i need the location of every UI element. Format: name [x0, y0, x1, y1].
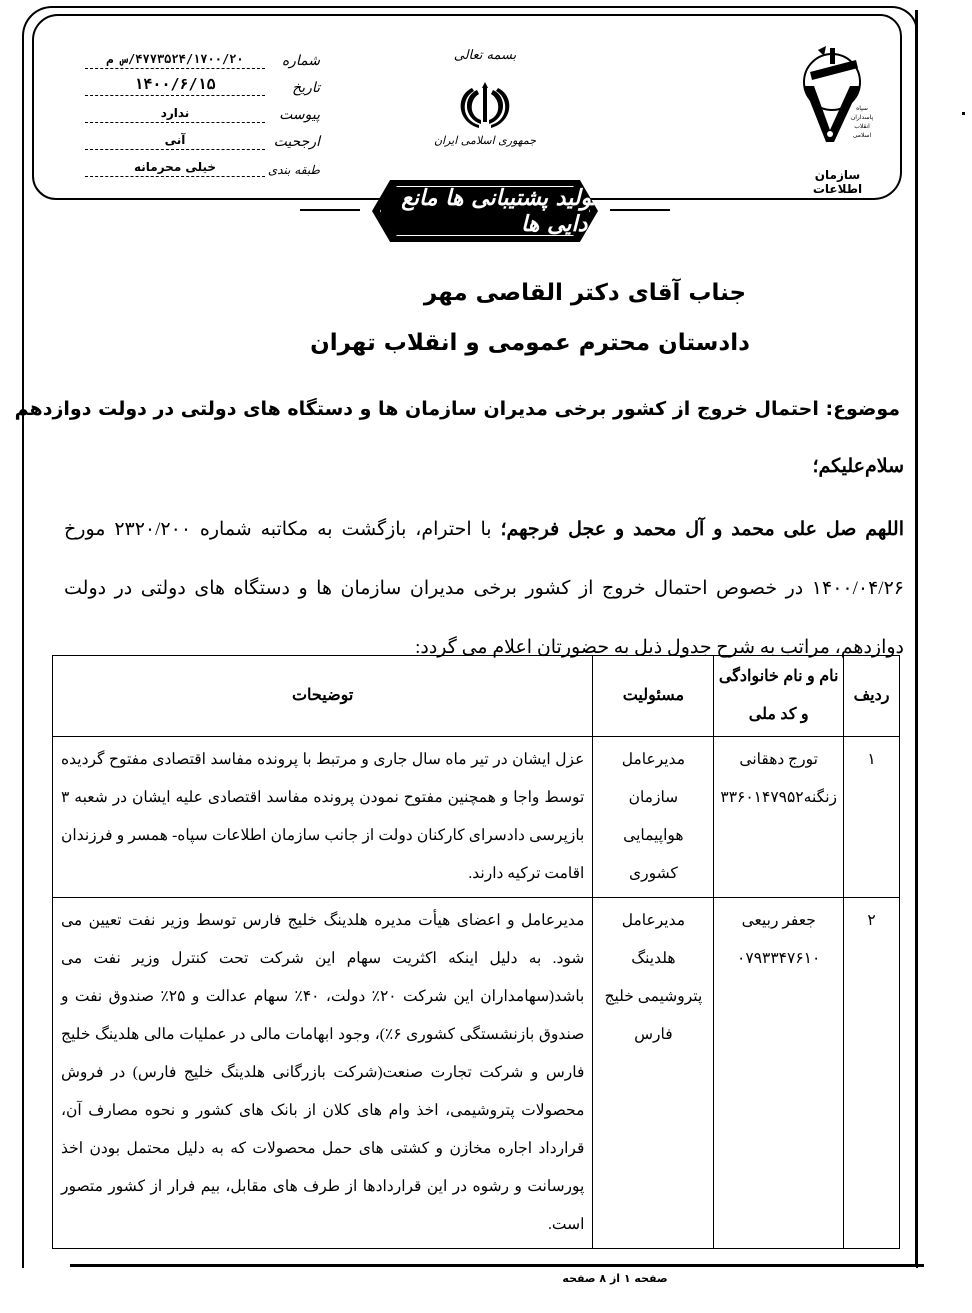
- classification-value: خیلی محرمانه: [85, 160, 265, 177]
- row-description: مدیرعامل و اعضای هیأت مدیره هلدینگ خلیج …: [53, 898, 593, 1249]
- body-paragraph: اللهم صل علی محمد و آل محمد و عجل فرجهم؛…: [64, 500, 904, 677]
- margin-mark: [962, 112, 965, 115]
- banner-rule: [300, 209, 360, 211]
- row-description: عزل ایشان در تیر ماه سال جاری و مرتبط با…: [53, 737, 593, 898]
- footer-rule: [70, 1264, 924, 1267]
- row-responsibility: مدیرعامل هلدینگ پتروشیمی خلیج فارس: [593, 898, 714, 1249]
- page-indicator: صفحه ۱ از ۸ صفحه: [560, 1272, 670, 1285]
- greeting: سلام‌علیکم؛: [64, 455, 904, 478]
- meta-number: شماره ۴۷۷۳۵۲۴/۱۷۰۰/۲۰/س م: [85, 42, 320, 69]
- national-id: ۰۷۹۳۳۴۷۶۱۰: [720, 940, 837, 978]
- row-name-cell: تورج دهقانی زنگنه۳۳۶۰۱۴۷۹۵۲: [714, 737, 844, 898]
- row-num: ۱: [844, 737, 900, 898]
- basmala: بسمه تعالی: [440, 48, 530, 63]
- logo-text: پاسداران: [851, 114, 874, 121]
- irgc-logo-icon: سپاه پاسداران انقلاب اسلامی: [800, 42, 878, 162]
- row-name-cell: جعفر ربیعی ۰۷۹۳۳۴۷۶۱۰: [714, 898, 844, 1249]
- logo-text: سپاه: [856, 105, 868, 112]
- meta-label: تاریخ: [265, 80, 320, 96]
- organization-name: سازمان اطلاعات: [790, 168, 885, 196]
- banner-inner-border: [380, 186, 590, 236]
- header-num: ردیف: [844, 656, 900, 737]
- addressee-name: جناب آقای دکتر القاصی مهر: [0, 280, 910, 306]
- meta-label: ارجحیت: [265, 134, 320, 150]
- table-row: ۲ جعفر ربیعی ۰۷۹۳۳۴۷۶۱۰ مدیرعامل هلدینگ …: [53, 898, 900, 1249]
- meta-attachment: پیوست ندارد: [85, 96, 320, 123]
- person-name: تورج دهقانی: [720, 741, 837, 779]
- salawat: اللهم صل علی محمد و آل محمد و عجل فرجهم؛: [500, 519, 904, 540]
- attachment-value: ندارد: [85, 106, 265, 123]
- meta-date: تاریخ ۱۴۰۰/۶/۱۵: [85, 69, 320, 96]
- meta-priority: ارجحیت آنی: [85, 123, 320, 150]
- letter-metadata: شماره ۴۷۷۳۵۲۴/۱۷۰۰/۲۰/س م تاریخ ۱۴۰۰/۶/۱…: [85, 42, 320, 177]
- meta-label: شماره: [265, 53, 320, 69]
- logo-text: اسلامی: [853, 132, 872, 139]
- header-name: نام و نام خانوادگی و کد ملی: [714, 656, 844, 737]
- row-responsibility: مدیرعامل سازمان هواپیمایی کشوری: [593, 737, 714, 898]
- letter-date: ۱۴۰۰/۶/۱۵: [85, 75, 265, 96]
- logo-text: انقلاب: [854, 123, 870, 130]
- table-row: ۱ تورج دهقانی زنگنه۳۳۶۰۱۴۷۹۵۲ مدیرعامل س…: [53, 737, 900, 898]
- person-name: جعفر ربیعی: [720, 902, 837, 940]
- page-border-right: [915, 10, 918, 1265]
- header-responsibility: مسئولیت: [593, 656, 714, 737]
- priority-value: آنی: [85, 133, 265, 150]
- header-description: توضیحات: [53, 656, 593, 737]
- iran-emblem-icon: [455, 78, 515, 130]
- letter-subject: موضوع: احتمال خروج از کشور برخی مدیران س…: [15, 398, 900, 420]
- republic-caption: جمهوری اسلامی ایران: [415, 134, 555, 147]
- meta-label: پیوست: [265, 107, 320, 123]
- national-id: زنگنه۳۳۶۰۱۴۷۹۵۲: [720, 779, 837, 817]
- slogan-banner: تولید پشتیبانی ها مانع زدایی ها: [300, 172, 670, 252]
- letter-number: ۴۷۷۳۵۲۴/۱۷۰۰/۲۰/س م: [85, 52, 265, 69]
- meta-classification: طبقه بندی خیلی محرمانه: [85, 150, 320, 177]
- banner-rule: [610, 209, 670, 211]
- addressee-title: دادستان محترم عمومی و انقلاب تهران: [0, 330, 910, 356]
- table-header-row: ردیف نام و نام خانوادگی و کد ملی مسئولیت…: [53, 656, 900, 737]
- row-num: ۲: [844, 898, 900, 1249]
- managers-table: ردیف نام و نام خانوادگی و کد ملی مسئولیت…: [52, 655, 900, 1249]
